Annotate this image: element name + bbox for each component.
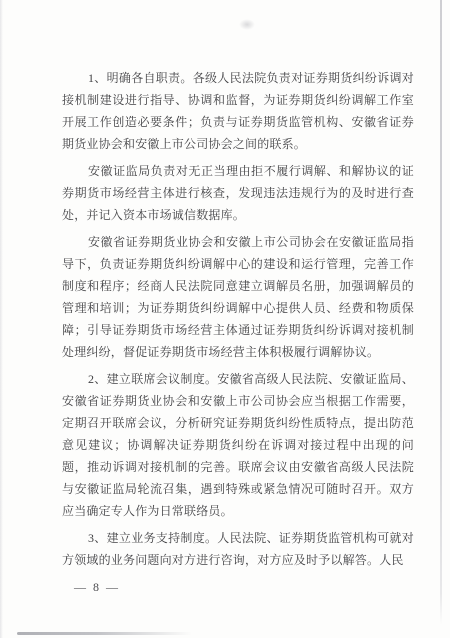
paragraph-3-associations-duties: 安徽省证券期货业协会和安徽上市公司协会在安徽证监局指导下，负责证券期货纠纷调解中… [62, 231, 414, 363]
paragraph-5-business-support-system: 3、建立业务支持制度。人民法院、证券期货监管机构可就对方领域的业务问题向对方进行… [62, 527, 414, 571]
document-body-text: 1、明确各自职责。各级人民法院负责对证券期货纠纷诉调对接机制建设进行指导、协调和… [62, 67, 414, 598]
scanned-document-page: 1、明确各自职责。各级人民法院负责对证券期货纠纷诉调对接机制建设进行指导、协调和… [0, 0, 450, 638]
scan-smudge-artifact [239, 19, 255, 30]
scan-left-edge-artifact [0, 0, 3, 638]
paragraph-1-responsibilities: 1、明确各自职责。各级人民法院负责对证券期货纠纷诉调对接机制建设进行指导、协调和… [62, 67, 414, 155]
scan-right-page-edge-line [440, 0, 442, 625]
paragraph-2-csrc-anhui-bureau: 安徽证监局负责对无正当理由拒不履行调解、和解协议的证券期货市场经营主体进行核查，… [62, 160, 414, 226]
scan-bottom-shadow-artifact [17, 632, 192, 635]
paragraph-4-joint-meeting-system: 2、建立联席会议制度。安徽省高级人民法院、安徽证监局、安徽省证券期货业协会和安徽… [62, 368, 414, 522]
page-number: — 8 — [62, 576, 414, 598]
